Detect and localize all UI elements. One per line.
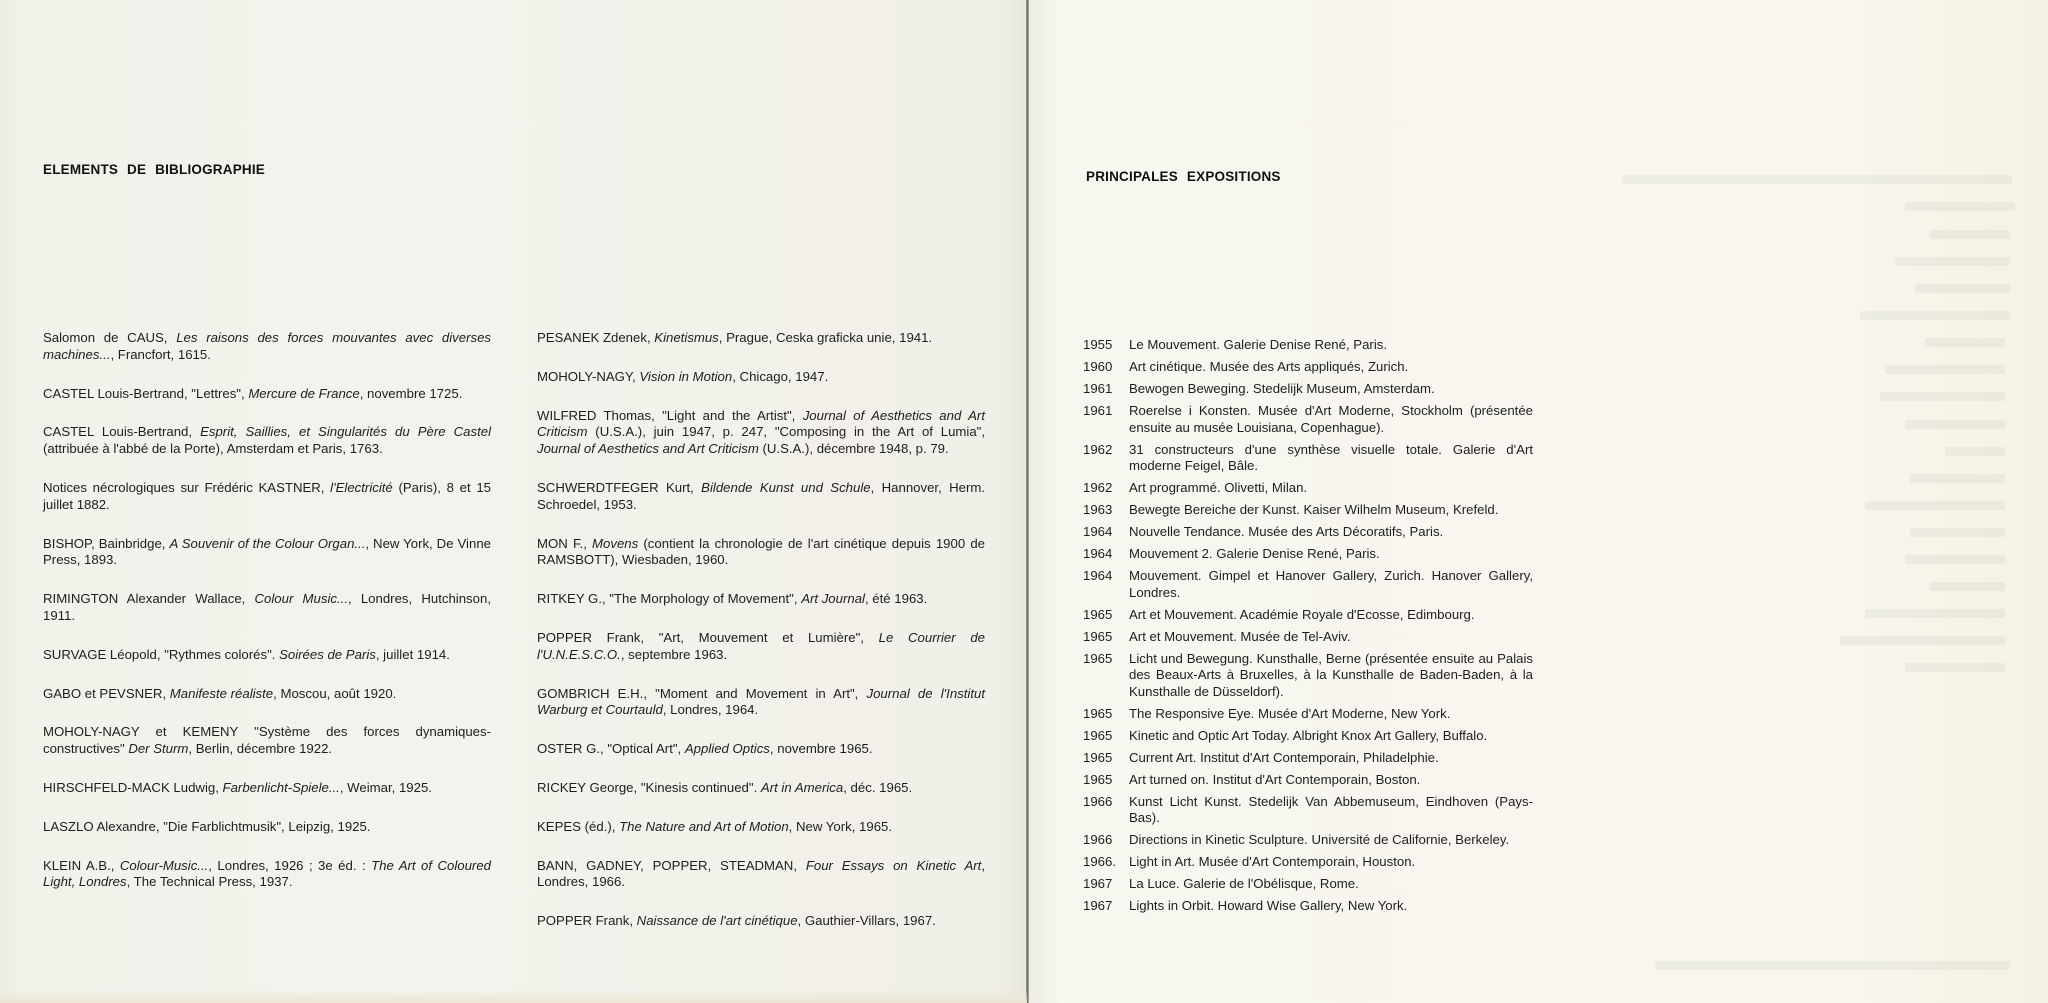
- bibliography-entry: BISHOP, Bainbridge, A Souvenir of the Co…: [43, 536, 491, 570]
- exhibition-description: Nouvelle Tendance. Musée des Arts Décora…: [1129, 524, 1533, 541]
- bibliography-entry: RITKEY G., "The Morphology of Movement",…: [537, 591, 985, 608]
- exhibition-year: 1966.: [1083, 854, 1129, 871]
- bibliography-entry: PESANEK Zdenek, Kinetismus, Prague, Cesk…: [537, 330, 985, 347]
- exhibition-item: 1961Roerelse i Konsten. Musée d'Art Mode…: [1083, 403, 1533, 436]
- show-through-line: [1905, 663, 2005, 672]
- bibliography-heading: ELEMENTS DE BIBLIOGRAPHIE: [43, 162, 265, 177]
- show-through-line: [1910, 528, 2005, 537]
- show-through-line: [1865, 501, 2005, 510]
- exhibition-year: 1963: [1083, 502, 1129, 519]
- bibliography-entry: BANN, GADNEY, POPPER, STEADMAN, Four Ess…: [537, 858, 985, 892]
- exhibition-description: Lights in Orbit. Howard Wise Gallery, Ne…: [1129, 898, 1533, 915]
- exhibition-item: 1967La Luce. Galerie de l'Obélisque, Rom…: [1083, 876, 1533, 893]
- exhibition-description: Current Art. Institut d'Art Contemporain…: [1129, 750, 1533, 767]
- show-through-line: [1915, 284, 2010, 293]
- exhibition-description: Kinetic and Optic Art Today. Albright Kn…: [1129, 728, 1533, 745]
- exhibition-year: 1962: [1083, 480, 1129, 497]
- exhibitions-heading: PRINCIPALES EXPOSITIONS: [1086, 169, 1281, 184]
- show-through-line: [1860, 311, 2010, 320]
- exhibition-year: 1966: [1083, 832, 1129, 849]
- exhibition-description: Bewegte Bereiche der Kunst. Kaiser Wilhe…: [1129, 502, 1533, 519]
- exhibition-item: 1955Le Mouvement. Galerie Denise René, P…: [1083, 337, 1533, 354]
- show-through-line: [1655, 961, 2010, 970]
- bibliography-entry: POPPER Frank, "Art, Mouvement et Lumière…: [537, 630, 985, 664]
- exhibition-item: 1965Current Art. Institut d'Art Contempo…: [1083, 750, 1533, 767]
- show-through-line: [1895, 257, 2010, 266]
- exhibition-year: 1966: [1083, 794, 1129, 827]
- exhibition-description: Mouvement. Gimpel et Hanover Gallery, Zu…: [1129, 568, 1533, 601]
- show-through-line: [1905, 420, 2005, 429]
- show-through-line: [1865, 609, 2005, 618]
- bibliography-entry: WILFRED Thomas, "Light and the Artist", …: [537, 408, 985, 458]
- bibliography-entry: KEPES (éd.), The Nature and Art of Motio…: [537, 819, 985, 836]
- page-edge-shade: [0, 990, 1027, 1003]
- show-through-line: [1885, 365, 2005, 374]
- exhibition-year: 1964: [1083, 546, 1129, 563]
- show-through-line: [1622, 175, 2012, 184]
- exhibition-year: 1965: [1083, 651, 1129, 701]
- show-through-line: [1930, 582, 2005, 591]
- exhibition-year: 1967: [1083, 898, 1129, 915]
- bibliography-entry: Notices nécrologiques sur Frédéric KASTN…: [43, 480, 491, 514]
- show-through-line: [1945, 447, 2005, 456]
- exhibition-description: Art et Mouvement. Académie Royale d'Ecos…: [1129, 607, 1533, 624]
- bibliography-entry: GOMBRICH E.H., "Moment and Movement in A…: [537, 686, 985, 720]
- exhibition-item: 1965Kinetic and Optic Art Today. Albrigh…: [1083, 728, 1533, 745]
- bibliography-entry: KLEIN A.B., Colour-Music..., Londres, 19…: [43, 858, 491, 892]
- exhibition-item: 1961Bewogen Beweging. Stedelijk Museum, …: [1083, 381, 1533, 398]
- bibliography-entry: RICKEY George, "Kinesis continued". Art …: [537, 780, 985, 797]
- exhibition-year: 1965: [1083, 629, 1129, 646]
- exhibition-item: 1965Art et Mouvement. Académie Royale d'…: [1083, 607, 1533, 624]
- exhibition-year: 1961: [1083, 381, 1129, 398]
- exhibition-item: 1965Art et Mouvement. Musée de Tel-Aviv.: [1083, 629, 1533, 646]
- exhibition-item: 1962Art programmé. Olivetti, Milan.: [1083, 480, 1533, 497]
- exhibition-year: 1967: [1083, 876, 1129, 893]
- bibliography-entry: LASZLO Alexandre, "Die Farblichtmusik", …: [43, 819, 491, 836]
- bibliography-entry: MOHOLY-NAGY, Vision in Motion, Chicago, …: [537, 369, 985, 386]
- exhibition-description: Light in Art. Musée d'Art Contemporain, …: [1129, 854, 1533, 871]
- bibliography-entry: CASTEL Louis-Bertrand, "Lettres", Mercur…: [43, 386, 491, 403]
- exhibition-year: 1965: [1083, 772, 1129, 789]
- exhibition-item: 1964Mouvement. Gimpel et Hanover Gallery…: [1083, 568, 1533, 601]
- exhibition-description: La Luce. Galerie de l'Obélisque, Rome.: [1129, 876, 1533, 893]
- exhibition-item: 1964Mouvement 2. Galerie Denise René, Pa…: [1083, 546, 1533, 563]
- show-through-line: [1910, 474, 2005, 483]
- exhibition-item: 1966.Light in Art. Musée d'Art Contempor…: [1083, 854, 1533, 871]
- bibliography-entry: HIRSCHFELD-MACK Ludwig, Farbenlicht-Spie…: [43, 780, 491, 797]
- exhibition-description: Art turned on. Institut d'Art Contempora…: [1129, 772, 1533, 789]
- exhibition-year: 1964: [1083, 524, 1129, 541]
- exhibition-description: Art programmé. Olivetti, Milan.: [1129, 480, 1533, 497]
- bibliography-entry: SCHWERDTFEGER Kurt, Bildende Kunst und S…: [537, 480, 985, 514]
- exhibition-item: 1967Lights in Orbit. Howard Wise Gallery…: [1083, 898, 1533, 915]
- exhibition-description: Le Mouvement. Galerie Denise René, Paris…: [1129, 337, 1533, 354]
- show-through-line: [1880, 392, 2005, 401]
- bibliography-entry: GABO et PEVSNER, Manifeste réaliste, Mos…: [43, 686, 491, 703]
- exhibition-description: Bewogen Beweging. Stedelijk Museum, Amst…: [1129, 381, 1533, 398]
- exhibition-description: Mouvement 2. Galerie Denise René, Paris.: [1129, 546, 1533, 563]
- show-through-line: [1925, 338, 2005, 347]
- bibliography-entry: CASTEL Louis-Bertrand, Esprit, Saillies,…: [43, 424, 491, 458]
- exhibition-description: Licht und Bewegung. Kunsthalle, Berne (p…: [1129, 651, 1533, 701]
- show-through-line: [1840, 636, 2005, 645]
- book-spine: [1026, 0, 1029, 1003]
- exhibition-item: 1964Nouvelle Tendance. Musée des Arts Dé…: [1083, 524, 1533, 541]
- exhibition-year: 1955: [1083, 337, 1129, 354]
- exhibition-year: 1965: [1083, 607, 1129, 624]
- exhibition-item: 1966Kunst Licht Kunst. Stedelijk Van Abb…: [1083, 794, 1533, 827]
- exhibition-item: 1960Art cinétique. Musée des Arts appliq…: [1083, 359, 1533, 376]
- exhibition-item: 1966Directions in Kinetic Sculpture. Uni…: [1083, 832, 1533, 849]
- exhibition-description: Kunst Licht Kunst. Stedelijk Van Abbemus…: [1129, 794, 1533, 827]
- exhibition-item: 196231 constructeurs d'une synthèse visu…: [1083, 442, 1533, 475]
- exhibition-item: 1965Licht und Bewegung. Kunsthalle, Bern…: [1083, 651, 1533, 701]
- bibliography-entry: Salomon de CAUS, Les raisons des forces …: [43, 330, 491, 364]
- bibliography-entry: SURVAGE Léopold, "Rythmes colorés". Soir…: [43, 647, 491, 664]
- exhibition-description: The Responsive Eye. Musée d'Art Moderne,…: [1129, 706, 1533, 723]
- show-through-line: [1930, 230, 2010, 239]
- show-through-line: [1905, 555, 2005, 564]
- bibliography-entry: RIMINGTON Alexander Wallace, Colour Musi…: [43, 591, 491, 625]
- exhibition-description: Art et Mouvement. Musée de Tel-Aviv.: [1129, 629, 1533, 646]
- bibliography-entry: MOHOLY-NAGY et KEMENY "Système des force…: [43, 724, 491, 758]
- exhibition-item: 1965Art turned on. Institut d'Art Contem…: [1083, 772, 1533, 789]
- exhibition-year: 1965: [1083, 750, 1129, 767]
- bibliography-entry: OSTER G., "Optical Art", Applied Optics,…: [537, 741, 985, 758]
- bibliography-entry: MON F., Movens (contient la chronologie …: [537, 536, 985, 570]
- exhibition-item: 1965The Responsive Eye. Musée d'Art Mode…: [1083, 706, 1533, 723]
- exhibitions-list: 1955Le Mouvement. Galerie Denise René, P…: [1083, 337, 1533, 920]
- exhibition-item: 1963Bewegte Bereiche der Kunst. Kaiser W…: [1083, 502, 1533, 519]
- bibliography-column-2: PESANEK Zdenek, Kinetismus, Prague, Cesk…: [537, 330, 985, 930]
- exhibition-description: Directions in Kinetic Sculpture. Univers…: [1129, 832, 1533, 849]
- exhibition-year: 1962: [1083, 442, 1129, 475]
- exhibition-year: 1961: [1083, 403, 1129, 436]
- exhibition-description: 31 constructeurs d'une synthèse visuelle…: [1129, 442, 1533, 475]
- exhibition-description: Roerelse i Konsten. Musée d'Art Moderne,…: [1129, 403, 1533, 436]
- exhibition-year: 1965: [1083, 728, 1129, 745]
- exhibition-year: 1964: [1083, 568, 1129, 601]
- bibliography-entry: POPPER Frank, Naissance de l'art cinétiq…: [537, 913, 985, 930]
- bibliography-column-1: Salomon de CAUS, Les raisons des forces …: [43, 330, 491, 891]
- exhibition-year: 1965: [1083, 706, 1129, 723]
- exhibition-description: Art cinétique. Musée des Arts appliqués,…: [1129, 359, 1533, 376]
- show-through-line: [1905, 202, 2015, 211]
- exhibition-year: 1960: [1083, 359, 1129, 376]
